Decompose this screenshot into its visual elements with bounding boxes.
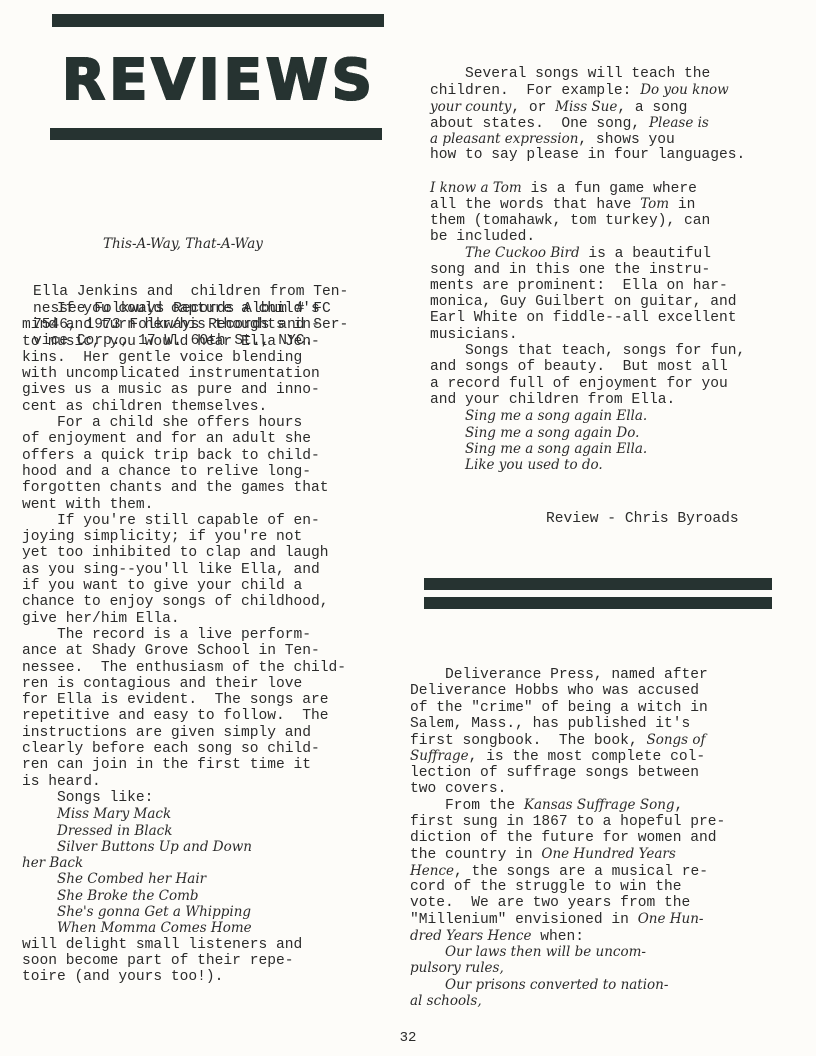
review-byline: Review - Chris Byroads [546, 511, 739, 527]
text-line: first sung in 1867 to a hopeful pre- [410, 814, 725, 830]
record-title: This-A-Way, That-A-Way [33, 236, 348, 252]
text-line: Deliverance Press, named after [410, 667, 725, 683]
text-line: If you're still capable of en- [22, 513, 346, 529]
text-line: From the Kansas Suffrage Song, [410, 797, 725, 813]
text-line: Songs that teach, songs for fun, [430, 343, 745, 359]
text-line: Earl White on fiddle--all excellent [430, 310, 745, 326]
text-line: Several songs will teach the [430, 66, 745, 82]
text-line: her Back [22, 855, 346, 871]
text-line: Hence, the songs are a musical re- [410, 863, 725, 879]
text-line: Our prisons converted to nation- [410, 977, 725, 993]
text-line: two covers. [410, 781, 725, 797]
text-line: as you sing--you'll like Ella, and [22, 562, 346, 578]
text-line: yet too inhibited to clap and laugh [22, 545, 346, 561]
text-line: Dressed in Black [22, 823, 346, 839]
text-line: I know a Tom is a fun game where [430, 180, 745, 196]
text-line: Miss Mary Mack [22, 806, 346, 822]
text-line: toire (and yours too!). [22, 969, 346, 985]
text-line: musicians. [430, 327, 745, 343]
text-line [430, 164, 745, 180]
review-body-left: If you could capture a child'smind and t… [22, 301, 346, 985]
text-line: mind and turn her/his thoughts in- [22, 317, 346, 333]
text-line: She Combed her Hair [22, 871, 346, 887]
review-deliverance-press: Deliverance Press, named afterDeliveranc… [410, 667, 725, 1009]
text-line: When Momma Comes Home [22, 920, 346, 936]
text-line: soon become part of their repe- [22, 953, 346, 969]
text-line: joying simplicity; if you're not [22, 529, 346, 545]
header-rule-top [52, 14, 384, 27]
text-line: a pleasant expression, shows you [430, 131, 745, 147]
page-number: 32 [0, 1030, 816, 1046]
text-line: hood and a chance to relive long- [22, 464, 346, 480]
text-line: your county, or Miss Sue, a song [430, 99, 745, 115]
text-line: Songs like: [22, 790, 346, 806]
text-line: ren can join in the first time it [22, 757, 346, 773]
text-line: chance to enjoy songs of childhood, [22, 594, 346, 610]
text-line: ren is contagious and their love [22, 676, 346, 692]
section-title-box: REVIEWS [52, 50, 386, 110]
text-line: of enjoyment and for an adult she [22, 431, 346, 447]
text-line: vote. We are two years from the [410, 895, 725, 911]
text-line: clearly before each song so child- [22, 741, 346, 757]
text-line: with uncomplicated instrumentation [22, 366, 346, 382]
text-line: be included. [430, 229, 745, 245]
text-line: is heard. [22, 774, 346, 790]
text-line: "Millenium" envisioned in One Hun- [410, 911, 725, 927]
text-line: She Broke the Comb [22, 888, 346, 904]
text-line: Silver Buttons Up and Down [22, 839, 346, 855]
text-line: if you want to give your child a [22, 578, 346, 594]
text-line: pulsory rules, [410, 960, 725, 976]
text-line: gives us a music as pure and inno- [22, 382, 346, 398]
text-line: for Ella is evident. The songs are [22, 692, 346, 708]
text-line: how to say please in four languages. [430, 147, 745, 163]
text-line: repetitive and easy to follow. The [22, 708, 346, 724]
text-line: lection of suffrage songs between [410, 765, 725, 781]
text-line: of the "crime" of being a witch in [410, 700, 725, 716]
text-line: a record full of enjoyment for you [430, 376, 745, 392]
citation-line: Ella Jenkins and children from Ten- [33, 284, 348, 300]
text-line: kins. Her gentle voice blending [22, 350, 346, 366]
text-line: give her/him Ella. [22, 611, 346, 627]
text-line: nessee. The enthusiasm of the child- [22, 660, 346, 676]
header-rule-bottom [50, 128, 382, 140]
text-line: forgotten chants and the games that [22, 480, 346, 496]
text-line: and songs of beauty. But most all [430, 359, 745, 375]
text-line: first songbook. The book, Songs of [410, 732, 725, 748]
text-line: cent as children themselves. [22, 399, 346, 415]
text-line: Deliverance Hobbs who was accused [410, 683, 725, 699]
text-line: will delight small listeners and [22, 937, 346, 953]
text-line: instructions are given simply and [22, 725, 346, 741]
text-line: Like you used to do. [430, 457, 745, 473]
text-line: the country in One Hundred Years [410, 846, 725, 862]
text-line: Our laws then will be uncom- [410, 944, 725, 960]
text-line: Sing me a song again Do. [430, 425, 745, 441]
text-line: went with them. [22, 497, 346, 513]
section-title: REVIEWS [62, 48, 376, 113]
text-line: all the words that have Tom in [430, 196, 745, 212]
text-line: about states. One song, Please is [430, 115, 745, 131]
section-divider-top [424, 578, 772, 590]
text-line: diction of the future for women and [410, 830, 725, 846]
text-line: If you could capture a child's [22, 301, 346, 317]
review-body-right: Several songs will teach thechildren. Fo… [430, 66, 745, 473]
text-line: to music, you would hear Ella Jen- [22, 334, 346, 350]
text-line: Salem, Mass., has published it's [410, 716, 725, 732]
text-line: and your children from Ella. [430, 392, 745, 408]
text-line: them (tomahawk, tom turkey), can [430, 213, 745, 229]
text-line: cord of the struggle to win the [410, 879, 725, 895]
text-line: Suffrage, is the most complete col- [410, 748, 725, 764]
text-line: Sing me a song again Ella. [430, 408, 745, 424]
text-line: ance at Shady Grove School in Ten- [22, 643, 346, 659]
text-line: The Cuckoo Bird is a beautiful [430, 245, 745, 261]
text-line: monica, Guy Guilbert on guitar, and [430, 294, 745, 310]
text-line: offers a quick trip back to child- [22, 448, 346, 464]
text-line: dred Years Hence when: [410, 928, 725, 944]
text-line: children. For example: Do you know [430, 82, 745, 98]
text-line: Sing me a song again Ella. [430, 441, 745, 457]
text-line: She's gonna Get a Whipping [22, 904, 346, 920]
text-line: song and in this one the instru- [430, 262, 745, 278]
section-divider-bottom [424, 597, 772, 609]
text-line: al schools, [410, 993, 725, 1009]
text-line: For a child she offers hours [22, 415, 346, 431]
text-line: ments are prominent: Ella on har- [430, 278, 745, 294]
text-line: The record is a live perform- [22, 627, 346, 643]
